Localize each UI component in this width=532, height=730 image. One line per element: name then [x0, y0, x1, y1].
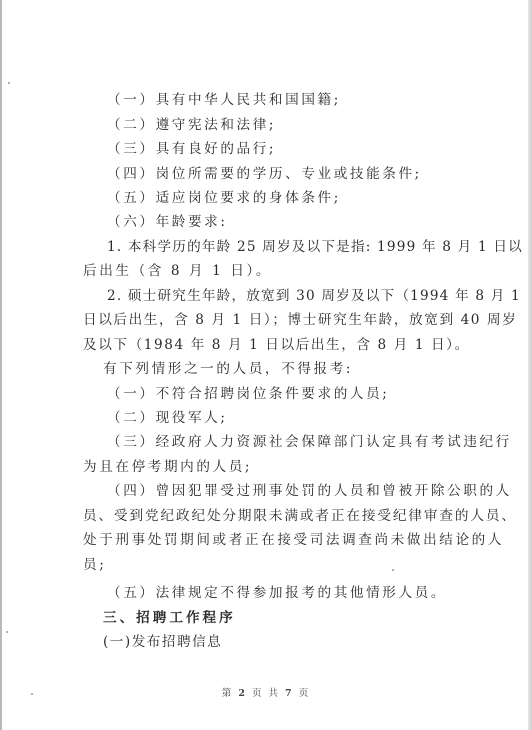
exclusion-4-line-3: 处于刑事处罚期间或者正在接受司法调查尚未做出结论的人: [83, 531, 503, 549]
scan-speck: [392, 569, 394, 571]
qualification-2: （二）遵守宪法和法律;: [107, 116, 527, 134]
footer-current-page: 2: [238, 688, 247, 699]
exclusion-intro: 有下列情形之一的人员，不得报考:: [103, 360, 523, 378]
qualification-4: （四）岗位所需要的学历、专业或技能条件;: [107, 165, 527, 183]
qualification-6: （六）年龄要求:: [107, 213, 527, 231]
exclusion-4-line-1: （四）曾因犯罪受过刑事处罚的人员和曾被开除公职的人: [107, 482, 527, 500]
section-heading-recruitment-procedure: 三、招聘工作程序: [103, 609, 523, 627]
scan-speck: [31, 693, 33, 695]
exclusion-3-line-2: 为且在停考期内的人员;: [83, 458, 503, 476]
qualification-5: （五）适应岗位要求的身体条件;: [107, 189, 527, 207]
scan-speck: [8, 82, 10, 84]
exclusion-4-line-2: 员、受到党纪政纪处分期限未满或者正在接受纪律审查的人员、: [83, 507, 503, 525]
document-page: （一）具有中华人民共和国国籍; （二）遵守宪法和法律; （三）具有良好的品行; …: [0, 0, 532, 730]
qualification-1: （一）具有中华人民共和国国籍;: [107, 91, 527, 109]
exclusion-1: （一）不符合招聘岗位条件要求的人员;: [107, 385, 527, 403]
footer-prefix: 第: [222, 688, 234, 699]
qualification-3: （三）具有良好的品行;: [107, 140, 527, 158]
age-rule-2-line-3: 及以下（1984 年 8 月 1 日以后出生，含 8 月 1 日）。: [83, 336, 503, 354]
page-right-edge: [528, 0, 532, 730]
age-rule-1-line-2: 后出生（含 8 月 1 日）。: [83, 262, 503, 280]
page-footer: 第 2 页 共 7 页: [0, 685, 532, 699]
subsection-publish-info: (一)发布招聘信息: [103, 633, 523, 651]
age-rule-2-line-2: 日以后出生，含 8 月 1 日）；博士研究生年龄，放宽到 40 周岁: [83, 311, 503, 329]
age-rule-1-line-1: 1. 本科学历的年龄 25 周岁及以下是指: 1999 年 8 月 1 日以: [107, 238, 527, 256]
scan-speck: [6, 631, 8, 633]
exclusion-2: （二）现役军人;: [107, 409, 527, 427]
exclusion-3-line-1: （三）经政府人力资源社会保障部门认定具有考试违纪行: [107, 433, 527, 451]
exclusion-5: （五）法律规定不得参加报考的其他情形人员。: [107, 584, 527, 602]
footer-middle: 页 共: [252, 688, 280, 699]
exclusion-4-line-4: 员;: [83, 556, 503, 574]
page-left-border: [0, 0, 2, 730]
footer-suffix: 页: [299, 688, 311, 699]
age-rule-2-line-1: 2. 硕士研究生年龄，放宽到 30 周岁及以下（1994 年 8 月 1: [107, 287, 527, 305]
footer-total-pages: 7: [285, 688, 294, 699]
